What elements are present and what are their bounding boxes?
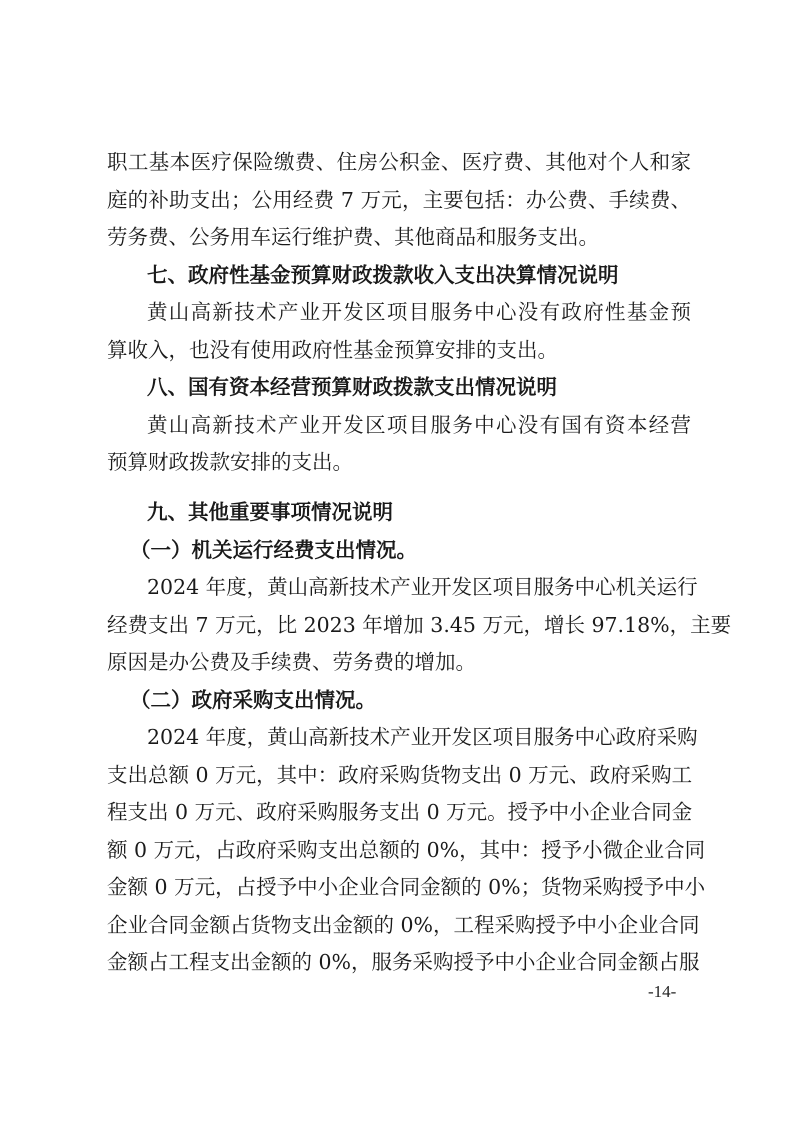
- body-line: 2024 年度，黄山高新技术产业开发区项目服务中心政府采购: [147, 722, 691, 752]
- body-line: 支出总额 0 万元，其中：政府采购货物支出 0 万元、政府采购工: [107, 760, 691, 790]
- body-line: 企业合同金额占货物支出金额的 0%，工程采购授予中小企业合同: [107, 910, 691, 940]
- document-page: 职工基本医疗保险缴费、住房公积金、医疗费、其他对个人和家 庭的补助支出；公用经费…: [0, 0, 793, 1122]
- body-line: 预算财政拨款安排的支出。: [107, 447, 691, 477]
- body-line: 经费支出 7 万元，比 2023 年增加 3.45 万元，增长 97.18%，主…: [107, 610, 691, 640]
- subsection-1-heading: （一）机关运行经费支出情况。: [130, 535, 690, 565]
- body-line: 程支出 0 万元、政府采购服务支出 0 万元。授予中小企业合同金: [107, 797, 691, 827]
- body-line: 原因是办公费及手续费、劳务费的增加。: [107, 647, 691, 677]
- body-line: 算收入，也没有使用政府性基金预算安排的支出。: [107, 335, 691, 365]
- section-7-heading: 七、政府性基金预算财政拨款收入支出决算情况说明: [147, 260, 691, 290]
- body-line: 2024 年度，黄山高新技术产业开发区项目服务中心机关运行: [147, 572, 691, 602]
- body-line: 职工基本医疗保险缴费、住房公积金、医疗费、其他对个人和家: [107, 147, 691, 177]
- page-number: -14-: [648, 982, 676, 1002]
- body-line: 劳务费、公务用车运行维护费、其他商品和服务支出。: [107, 222, 691, 252]
- body-line: 额 0 万元，占政府采购支出总额的 0%，其中：授予小微企业合同: [107, 835, 691, 865]
- body-line: 金额 0 万元，占授予中小企业合同金额的 0%；货物采购授予中小: [107, 872, 691, 902]
- body-line: 黄山高新技术产业开发区项目服务中心没有政府性基金预: [147, 297, 691, 327]
- subsection-2-heading: （二）政府采购支出情况。: [130, 685, 690, 715]
- body-line: 黄山高新技术产业开发区项目服务中心没有国有资本经营: [147, 410, 691, 440]
- body-line: 庭的补助支出；公用经费 7 万元，主要包括：办公费、手续费、: [107, 185, 691, 215]
- body-line: 金额占工程支出金额的 0%，服务采购授予中小企业合同金额占服: [107, 947, 691, 977]
- section-9-heading: 九、其他重要事项情况说明: [147, 497, 691, 527]
- section-8-heading: 八、国有资本经营预算财政拨款支出情况说明: [147, 372, 691, 402]
